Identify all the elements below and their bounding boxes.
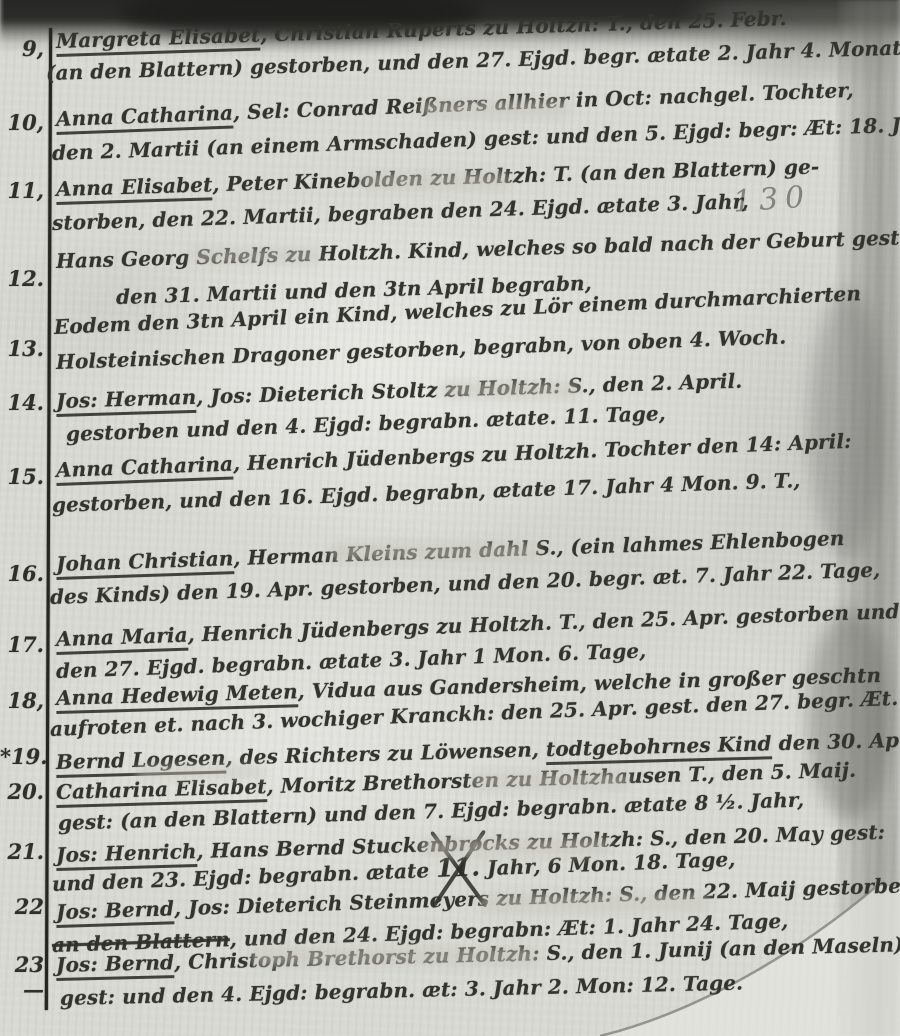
person-name: Johan Christian [56,546,234,580]
entry-number: 18, [0,688,44,713]
entry-number: 14. [0,390,44,415]
entry-number: 12. [0,266,44,291]
entry-number: 11, [0,178,44,203]
entry-number: 22 [0,894,44,919]
entry-number: 23— [0,952,44,1002]
person-name: Anna Catharina [56,101,234,135]
entry-text: 11. [436,854,481,882]
register-scan-page: 130 9,Margreta Elisabet, Christian Ruper… [0,0,900,1036]
entry-number: 20. [0,779,44,804]
person-name: Jos: Bernd [56,950,175,981]
person-name: Anna Maria [56,623,189,655]
entry-number: 9, [0,36,44,61]
person-name: Anna Catharina [56,452,234,486]
entry-text: , des Richters zu Löwensen, [225,737,546,769]
person-name: Anna Elisabet [56,172,213,205]
entry-number: 15. [0,464,44,489]
entry-number: *19. [0,744,44,769]
gutter-smudge [808,610,892,820]
person-name: Bernd Logesen [56,746,226,778]
entry-number: 13. [0,336,44,361]
entry-text: Jahr, 6 Mon. 18. Tage, [480,847,736,880]
entry-number: 21. [0,839,44,864]
person-name: Catharina Elisabet [56,774,267,808]
entry-text: , Henrich Jüdenbergs zu Holtzh. T., den … [187,599,900,647]
person-name: Margreta Elisabet [56,23,261,57]
person-name: Jos: Bernd [56,896,175,928]
margin-rule-line [45,28,52,1010]
entry-number: 10, [0,110,44,135]
entry-number: 17. [0,632,44,657]
entry-number: 16. [0,561,44,586]
entry-text: den 30. Apr. begr. [771,726,900,755]
gutter-smudge [810,290,884,560]
entry-text: Hans Georg Schelfs zu Holtzh. Kind, welc… [56,225,900,273]
person-name: Jos: Herman [56,385,197,417]
